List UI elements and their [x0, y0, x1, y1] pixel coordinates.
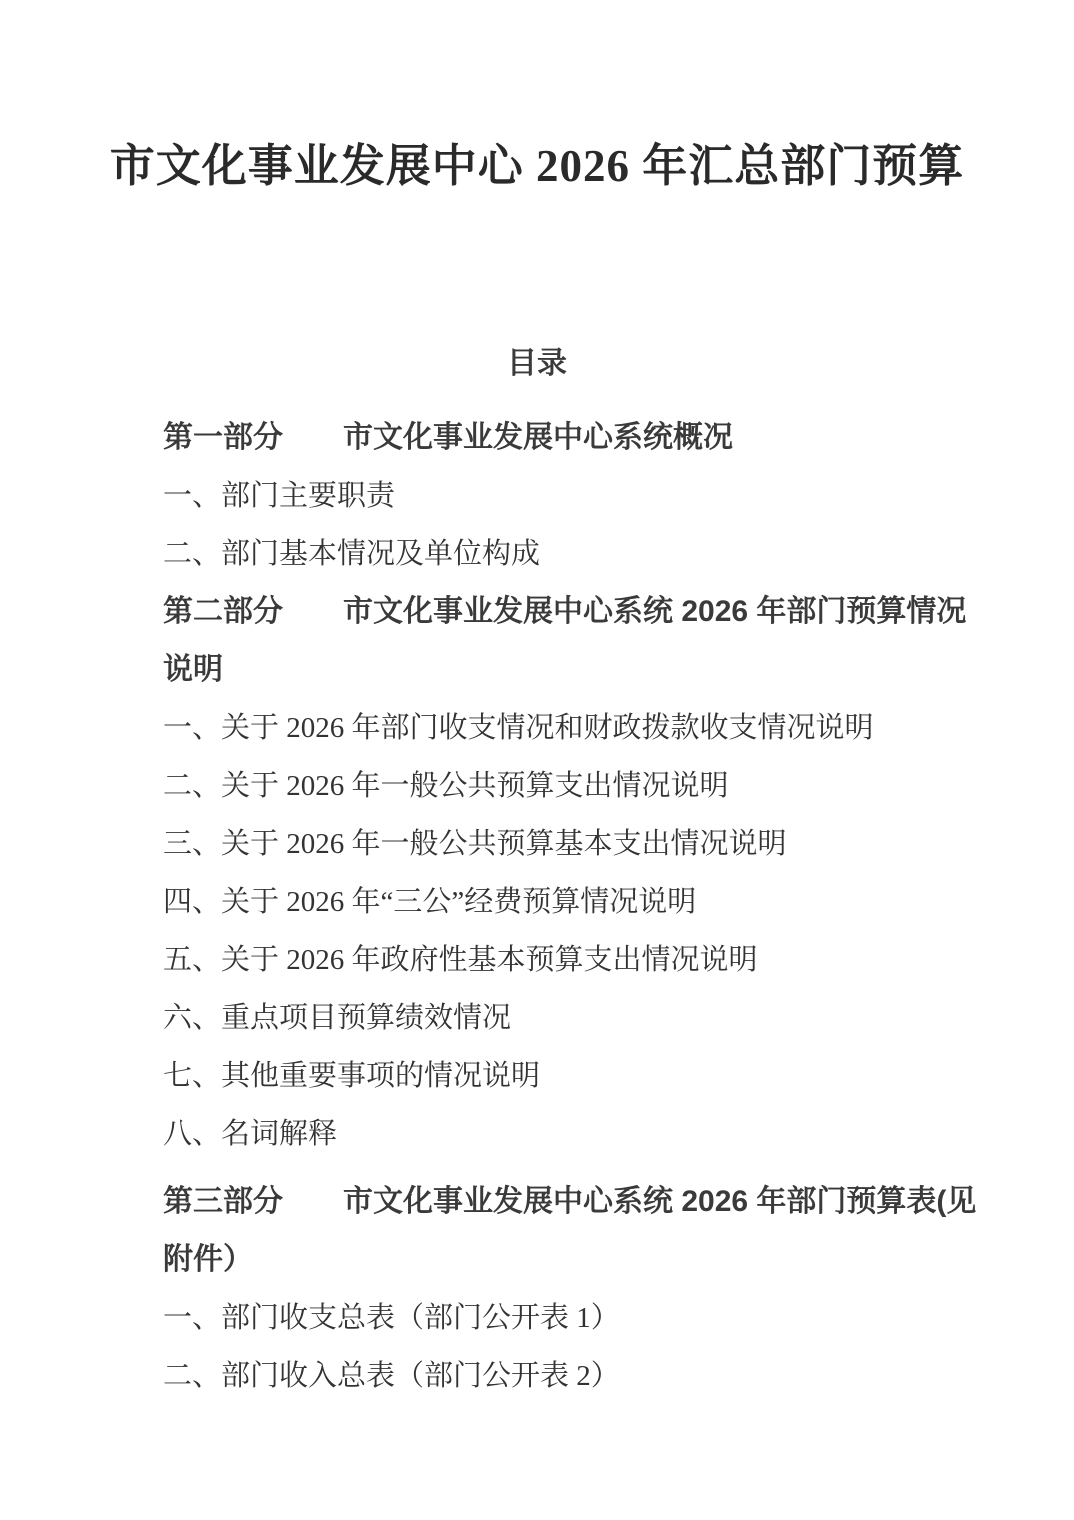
toc-section-part3-line2: 附件）	[163, 1231, 1014, 1289]
toc-section-part2-line2: 说明	[163, 641, 1014, 699]
toc-item-2-revenue-table: 二、部门收入总表（部门公开表 2）	[163, 1347, 1014, 1405]
toc-item-6-key-project-performance: 六、重点项目预算绩效情况	[163, 989, 1014, 1047]
toc-heading: 目录	[0, 346, 1074, 382]
toc-item-2-general-public-expenditure: 二、关于 2026 年一般公共预算支出情况说明	[163, 757, 1014, 815]
toc-item-4-three-public-funds: 四、关于 2026 年“三公”经费预算情况说明	[163, 873, 1014, 931]
toc-item-3-general-public-basic-expense: 三、关于 2026 年一般公共预算基本支出情况说明	[163, 815, 1014, 873]
toc-item-2-department-composition: 二、部门基本情况及单位构成	[163, 525, 1014, 583]
document-page: 市文化事业发展中心 2026 年汇总部门预算 目录 第一部分 市文化事业发展中心…	[0, 0, 1074, 1520]
toc-section-part3-line1: 第三部分 市文化事业发展中心系统 2026 年部门预算表(见	[163, 1173, 1014, 1231]
toc-item-7-other-important-matters: 七、其他重要事项的情况说明	[163, 1047, 1014, 1105]
toc-item-1-budget-overview-note: 一、关于 2026 年部门收支情况和财政拨款收支情况说明	[163, 699, 1014, 757]
toc-item-5-governmental-basic-expense: 五、关于 2026 年政府性基本预算支出情况说明	[163, 931, 1014, 989]
toc-item-8-glossary: 八、名词解释	[163, 1105, 1014, 1163]
toc-section-part1: 第一部分 市文化事业发展中心系统概况	[163, 409, 1014, 467]
toc-item-1-revenue-expenditure-table: 一、部门收支总表（部门公开表 1）	[163, 1289, 1014, 1347]
table-of-contents: 第一部分 市文化事业发展中心系统概况 一、部门主要职责 二、部门基本情况及单位构…	[0, 409, 1074, 1405]
document-title: 市文化事业发展中心 2026 年汇总部门预算	[0, 0, 1074, 194]
toc-section-part2-line1: 第二部分 市文化事业发展中心系统 2026 年部门预算情况	[163, 583, 1014, 641]
toc-item-1-department-duties: 一、部门主要职责	[163, 467, 1014, 525]
